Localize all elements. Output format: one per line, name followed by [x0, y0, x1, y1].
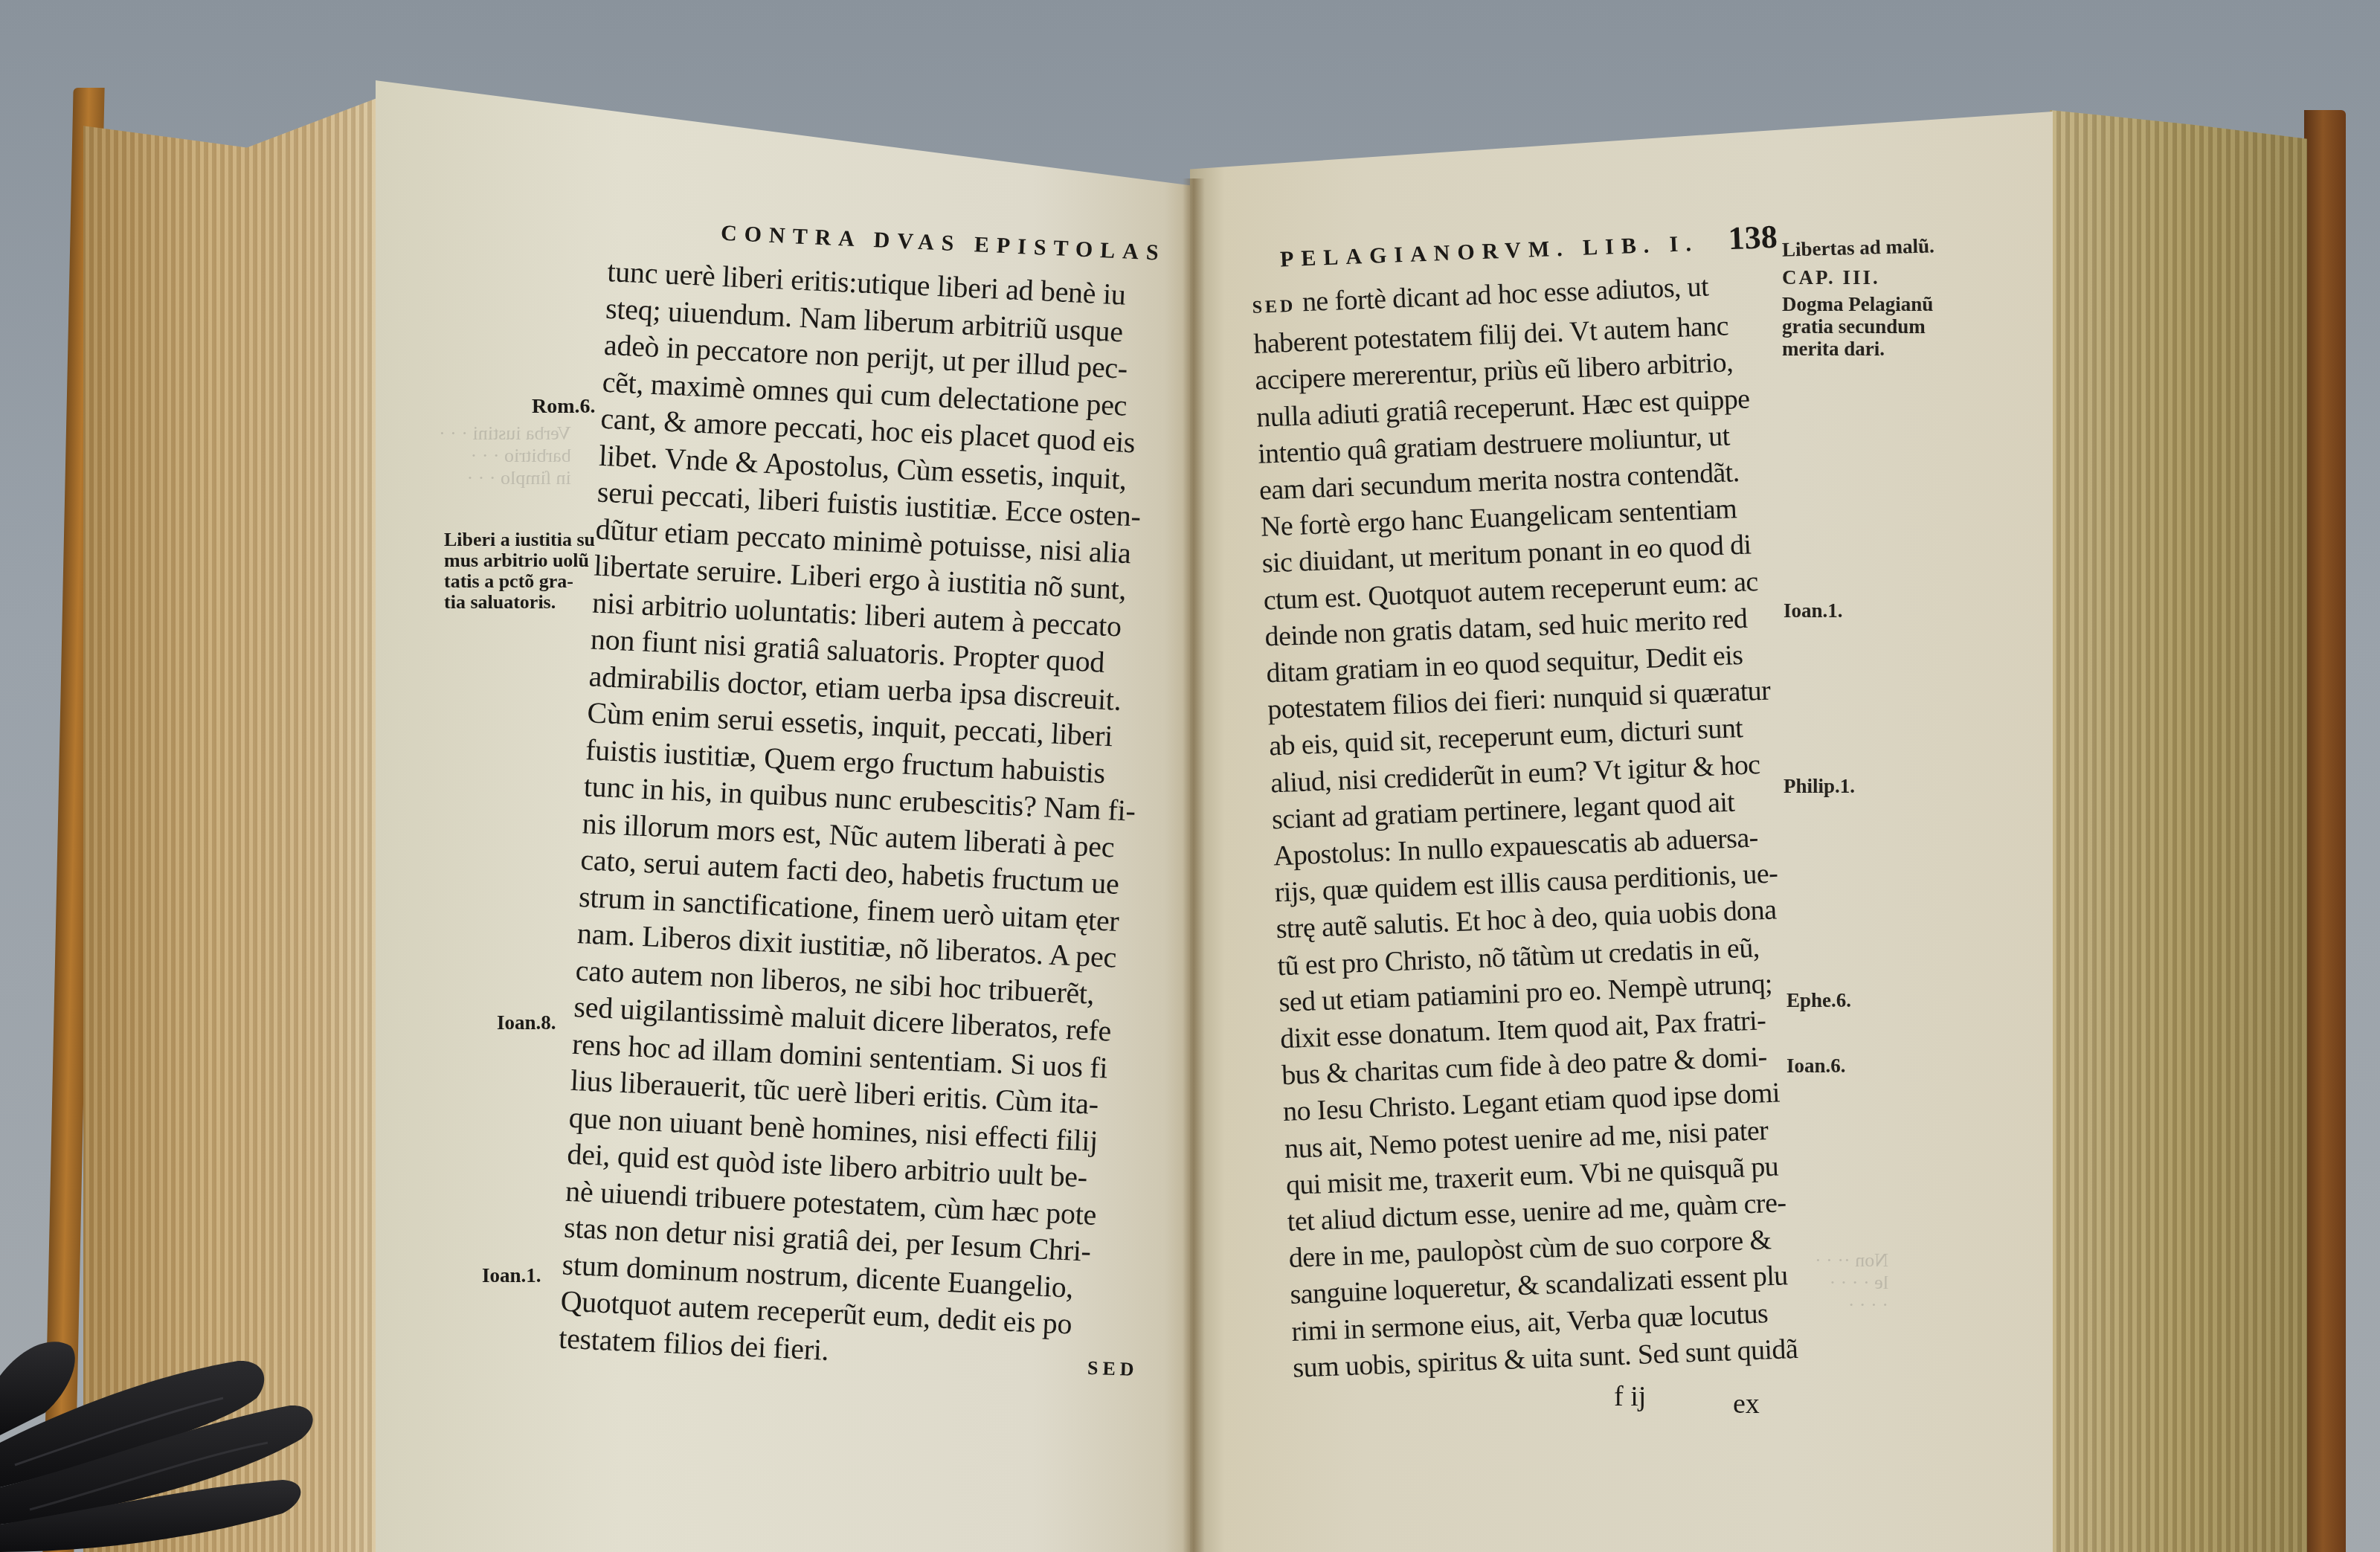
margin-note-ioan1: Ioan.1. — [482, 1264, 541, 1287]
fore-edge-right — [2050, 110, 2307, 1552]
book-gutter — [1183, 178, 1205, 1552]
running-head-title: PELAGIANORVM. LIB. I. — [1280, 231, 1699, 273]
book-cover-right — [2304, 110, 2346, 1552]
right-page-text: PELAGIANORVM. LIB. I. 138 SED ne fortè d… — [1249, 218, 1821, 1387]
margin-note-line: Dogma Pelagianũ — [1782, 293, 1933, 315]
left-page-text: CONTRA DVAS EPISTOLAS tunc uerè liberi e… — [558, 216, 1174, 1382]
margin-note-line: merita dari. — [1782, 338, 1933, 360]
margin-note-line: mus arbitrio uolũ — [444, 550, 595, 571]
margin-note-rom6: Rom.6. — [532, 396, 596, 418]
show-through-text: Non ·· · ·le · · · ·· · · · — [1815, 1249, 1888, 1316]
catchword-left: SED — [1087, 1357, 1139, 1381]
margin-note-libertas: Libertas ad malũ. — [1782, 234, 1934, 260]
margin-note-line: tia saluatoris. — [444, 592, 595, 613]
margin-note-ephe: Ephe.6. — [1786, 989, 1851, 1011]
margin-note-dogma: Dogma Pelagianũ gratia secundum merita d… — [1782, 293, 1933, 360]
page-number: 138 — [1728, 218, 1778, 257]
margin-note-ioan8: Ioan.8. — [497, 1011, 556, 1034]
show-through-text: Verba iustini · · ·barbitrio · · ·in ſim… — [439, 422, 571, 489]
margin-note-line: gratia secundum — [1782, 315, 1933, 338]
margin-note-liberi: Liberi a iustitia su mus arbitrio uolũ t… — [444, 529, 595, 613]
initial-caps: SED — [1252, 297, 1296, 318]
chapter-heading: CAP. III. — [1782, 266, 1880, 289]
margin-note-line: Liberi a iustitia su — [444, 529, 595, 550]
gloved-hand-icon — [0, 1264, 387, 1552]
catchword-right: ex — [1733, 1388, 1760, 1420]
margin-note-philip: Philip.1. — [1784, 775, 1855, 797]
margin-note-line: tatis a pctõ gra- — [444, 571, 595, 592]
margin-note-ioan6: Ioan.6. — [1786, 1054, 1846, 1077]
book-photo: Verba iustini · · ·barbitrio · · ·in ſim… — [0, 0, 2380, 1552]
margin-note-ioan1: Ioan.1. — [1784, 599, 1843, 622]
signature-mark: f ij — [1614, 1380, 1646, 1413]
